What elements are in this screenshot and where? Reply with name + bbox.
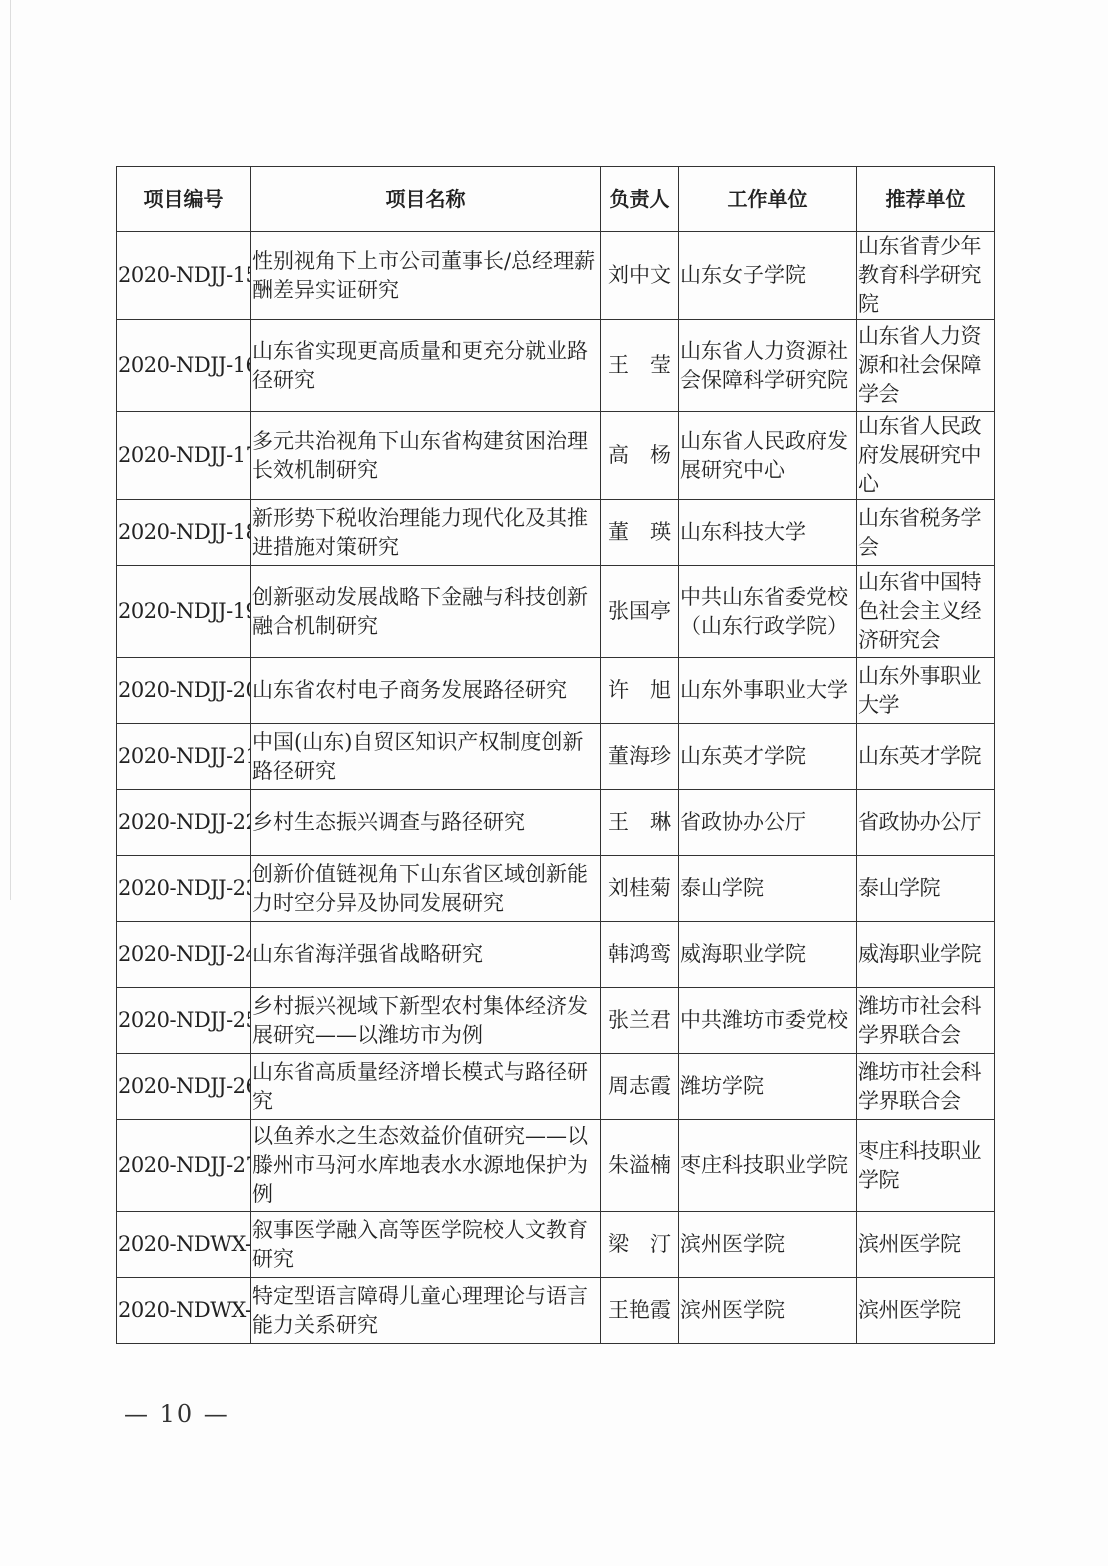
project-name-cell: 特定型语言障碍儿童心理理论与语言能力关系研究	[251, 1278, 601, 1344]
recommending-unit-cell: 潍坊市社会科学界联合会	[857, 988, 995, 1054]
table-row: 2020-NDJJ-23创新价值链视角下山东省区域创新能力时空分异及协同发展研究…	[117, 856, 995, 922]
work-unit-cell: 泰山学院	[679, 856, 857, 922]
table-row: 2020-NDWX-01叙事医学融入高等医学院校人文教育研究梁 汀滨州医学院滨州…	[117, 1212, 995, 1278]
table-row: 2020-NDJJ-16山东省实现更高质量和更充分就业路径研究王 莹山东省人力资…	[117, 320, 995, 412]
table-row: 2020-NDJJ-20山东省农村电子商务发展路径研究许 旭山东外事职业大学山东…	[117, 658, 995, 724]
person-cell: 韩鸿鸾	[601, 922, 679, 988]
recommending-unit-cell: 山东外事职业大学	[857, 658, 995, 724]
work-unit-cell: 山东省人民政府发展研究中心	[679, 412, 857, 500]
person-cell: 高 杨	[601, 412, 679, 500]
person-cell: 张兰君	[601, 988, 679, 1054]
recommending-unit-cell: 滨州医学院	[857, 1278, 995, 1344]
table-row: 2020-NDJJ-19创新驱动发展战略下金融与科技创新融合机制研究张国亭中共山…	[117, 566, 995, 658]
recommending-unit-cell: 山东省人力资源和社会保障学会	[857, 320, 995, 412]
work-unit-cell: 山东英才学院	[679, 724, 857, 790]
work-unit-cell: 中共山东省委党校（山东行政学院）	[679, 566, 857, 658]
person-cell: 王艳霞	[601, 1278, 679, 1344]
project-id-cell: 2020-NDJJ-16	[117, 320, 251, 412]
person-cell: 梁 汀	[601, 1212, 679, 1278]
table-row: 2020-NDJJ-18新形势下税收治理能力现代化及其推进措施对策研究董 瑛山东…	[117, 500, 995, 566]
project-name-cell: 性别视角下上市公司董事长/总经理薪酬差异实证研究	[251, 232, 601, 320]
project-id-cell: 2020-NDJJ-22	[117, 790, 251, 856]
recommending-unit-cell: 潍坊市社会科学界联合会	[857, 1054, 995, 1120]
recommending-unit-cell: 山东省中国特色社会主义经济研究会	[857, 566, 995, 658]
table-row: 2020-NDJJ-26山东省高质量经济增长模式与路径研究周志霞潍坊学院潍坊市社…	[117, 1054, 995, 1120]
work-unit-cell: 山东外事职业大学	[679, 658, 857, 724]
work-unit-cell: 滨州医学院	[679, 1212, 857, 1278]
work-unit-cell: 威海职业学院	[679, 922, 857, 988]
project-name-cell: 乡村生态振兴调查与路径研究	[251, 790, 601, 856]
work-unit-cell: 中共潍坊市委党校	[679, 988, 857, 1054]
person-cell: 董 瑛	[601, 500, 679, 566]
table-row: 2020-NDWX-02特定型语言障碍儿童心理理论与语言能力关系研究王艳霞滨州医…	[117, 1278, 995, 1344]
project-name-cell: 以鱼养水之生态效益价值研究——以滕州市马河水库地表水水源地保护为例	[251, 1120, 601, 1212]
table-row: 2020-NDJJ-25乡村振兴视域下新型农村集体经济发展研究——以潍坊市为例张…	[117, 988, 995, 1054]
project-name-cell: 创新驱动发展战略下金融与科技创新融合机制研究	[251, 566, 601, 658]
page-number: — 10 —	[124, 1400, 230, 1428]
project-id-cell: 2020-NDJJ-27	[117, 1120, 251, 1212]
project-name-cell: 山东省农村电子商务发展路径研究	[251, 658, 601, 724]
work-unit-cell: 山东省人力资源社会保障科学研究院	[679, 320, 857, 412]
person-cell: 刘桂菊	[601, 856, 679, 922]
project-name-cell: 山东省海洋强省战略研究	[251, 922, 601, 988]
work-unit-cell: 省政协办公厅	[679, 790, 857, 856]
table-row: 2020-NDJJ-24山东省海洋强省战略研究韩鸿鸾威海职业学院威海职业学院	[117, 922, 995, 988]
project-id-cell: 2020-NDWX-02	[117, 1278, 251, 1344]
work-unit-cell: 枣庄科技职业学院	[679, 1120, 857, 1212]
person-cell: 许 旭	[601, 658, 679, 724]
project-name-cell: 多元共治视角下山东省构建贫困治理长效机制研究	[251, 412, 601, 500]
header-recommending-unit: 推荐单位	[857, 167, 995, 232]
project-name-cell: 山东省实现更高质量和更充分就业路径研究	[251, 320, 601, 412]
project-id-cell: 2020-NDJJ-19	[117, 566, 251, 658]
project-id-cell: 2020-NDWX-01	[117, 1212, 251, 1278]
recommending-unit-cell: 威海职业学院	[857, 922, 995, 988]
person-cell: 王 莹	[601, 320, 679, 412]
header-project-name: 项目名称	[251, 167, 601, 232]
project-name-cell: 新形势下税收治理能力现代化及其推进措施对策研究	[251, 500, 601, 566]
person-cell: 张国亭	[601, 566, 679, 658]
project-id-cell: 2020-NDJJ-20	[117, 658, 251, 724]
project-id-cell: 2020-NDJJ-23	[117, 856, 251, 922]
header-project-id: 项目编号	[117, 167, 251, 232]
person-cell: 王 琳	[601, 790, 679, 856]
person-cell: 刘中文	[601, 232, 679, 320]
project-id-cell: 2020-NDJJ-17	[117, 412, 251, 500]
project-id-cell: 2020-NDJJ-24	[117, 922, 251, 988]
project-name-cell: 中国(山东)自贸区知识产权制度创新路径研究	[251, 724, 601, 790]
work-unit-cell: 山东科技大学	[679, 500, 857, 566]
table-row: 2020-NDJJ-17多元共治视角下山东省构建贫困治理长效机制研究高 杨山东省…	[117, 412, 995, 500]
recommending-unit-cell: 泰山学院	[857, 856, 995, 922]
project-name-cell: 叙事医学融入高等医学院校人文教育研究	[251, 1212, 601, 1278]
table-row: 2020-NDJJ-27以鱼养水之生态效益价值研究——以滕州市马河水库地表水水源…	[117, 1120, 995, 1212]
header-person-in-charge: 负责人	[601, 167, 679, 232]
project-id-cell: 2020-NDJJ-15	[117, 232, 251, 320]
recommending-unit-cell: 山东省税务学会	[857, 500, 995, 566]
table-header-row: 项目编号 项目名称 负责人 工作单位 推荐单位	[117, 167, 995, 232]
work-unit-cell: 滨州医学院	[679, 1278, 857, 1344]
recommending-unit-cell: 山东英才学院	[857, 724, 995, 790]
table-row: 2020-NDJJ-15性别视角下上市公司董事长/总经理薪酬差异实证研究刘中文山…	[117, 232, 995, 320]
project-id-cell: 2020-NDJJ-26	[117, 1054, 251, 1120]
person-cell: 董海珍	[601, 724, 679, 790]
work-unit-cell: 潍坊学院	[679, 1054, 857, 1120]
table-row: 2020-NDJJ-21中国(山东)自贸区知识产权制度创新路径研究董海珍山东英才…	[117, 724, 995, 790]
recommending-unit-cell: 滨州医学院	[857, 1212, 995, 1278]
project-id-cell: 2020-NDJJ-21	[117, 724, 251, 790]
person-cell: 周志霞	[601, 1054, 679, 1120]
table-row: 2020-NDJJ-22乡村生态振兴调查与路径研究王 琳省政协办公厅省政协办公厅	[117, 790, 995, 856]
recommending-unit-cell: 省政协办公厅	[857, 790, 995, 856]
header-work-unit: 工作单位	[679, 167, 857, 232]
work-unit-cell: 山东女子学院	[679, 232, 857, 320]
recommending-unit-cell: 山东省人民政府发展研究中心	[857, 412, 995, 500]
person-cell: 朱溢楠	[601, 1120, 679, 1212]
scan-edge-line	[10, 0, 11, 900]
project-name-cell: 创新价值链视角下山东省区域创新能力时空分异及协同发展研究	[251, 856, 601, 922]
project-id-cell: 2020-NDJJ-18	[117, 500, 251, 566]
project-table: 项目编号 项目名称 负责人 工作单位 推荐单位 2020-NDJJ-15性别视角…	[116, 166, 995, 1344]
project-id-cell: 2020-NDJJ-25	[117, 988, 251, 1054]
project-name-cell: 乡村振兴视域下新型农村集体经济发展研究——以潍坊市为例	[251, 988, 601, 1054]
recommending-unit-cell: 山东省青少年教育科学研究院	[857, 232, 995, 320]
project-name-cell: 山东省高质量经济增长模式与路径研究	[251, 1054, 601, 1120]
recommending-unit-cell: 枣庄科技职业学院	[857, 1120, 995, 1212]
